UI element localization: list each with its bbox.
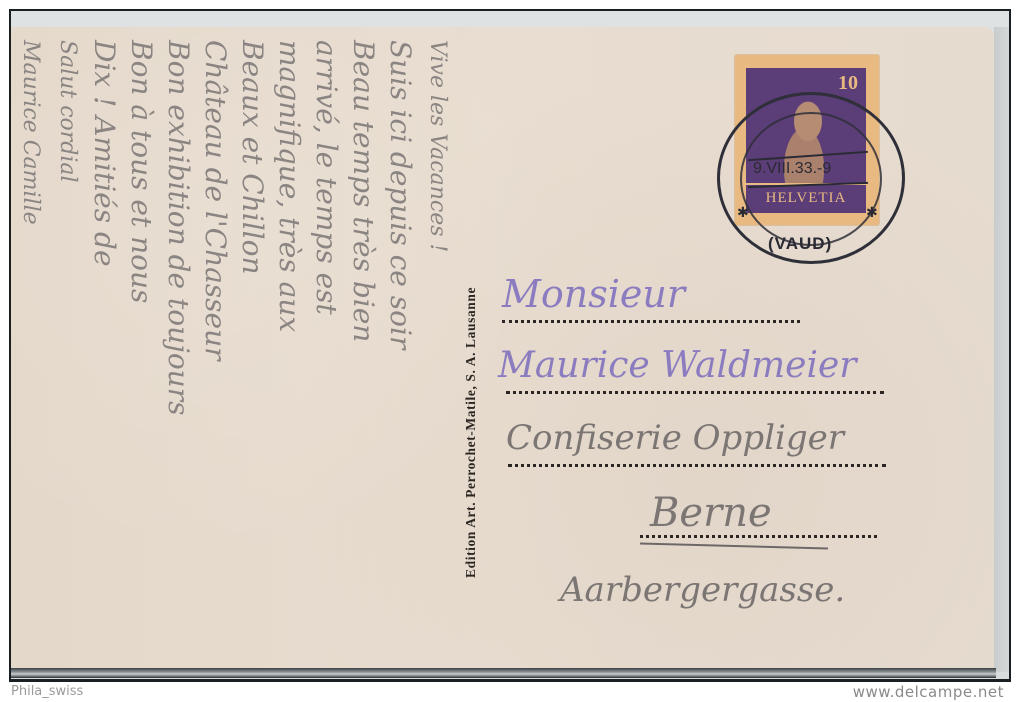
postmark-inner-ring — [740, 112, 882, 246]
message-line: Vive les Vacances ! — [418, 40, 455, 670]
postmark-star-icon: ✱ — [737, 204, 749, 221]
message-line: Dix ! Amitiés de — [85, 40, 122, 670]
message-line: Salut cordial — [48, 40, 85, 670]
message-line: arrivé, le temps est — [307, 40, 344, 670]
message-line: Château de l'Chasseur — [196, 40, 233, 670]
address-dotted-line — [502, 320, 800, 323]
address-line-3: Confiserie Oppliger — [506, 418, 844, 458]
message-line: Bon exhibition de toujours — [159, 40, 196, 670]
address-line-4: Berne — [650, 490, 772, 536]
message-line: Beaux et Chillon — [233, 40, 270, 670]
publisher-imprint: Edition Art. Perrochet-Matile, S. A. Lau… — [463, 148, 479, 578]
address-line-5: Aarbergergasse. — [560, 570, 845, 610]
message-line: magnifique, très aux — [270, 40, 307, 670]
seller-watermark: Phila_swiss — [11, 684, 83, 699]
address-line-1: Monsieur — [502, 272, 685, 316]
site-watermark: www.delcampe.net — [853, 683, 1004, 701]
postmark-region: (VAUD) — [768, 234, 832, 254]
scan-right-margin — [994, 27, 1009, 672]
address-dotted-line — [506, 391, 884, 394]
message-line: Maurice Camille — [11, 40, 48, 670]
handwritten-message: Vive les Vacances ! Suis ici depuis ce s… — [10, 40, 455, 670]
message-line: Suis ici depuis ce soir — [381, 40, 418, 670]
address-line-2: Maurice Waldmeier — [498, 345, 857, 386]
address-dotted-line — [508, 464, 886, 467]
message-line: Bon à tous et nous — [122, 40, 159, 670]
message-line: Beau temps très bien — [344, 40, 381, 670]
postmark-date: 9.VIII.33.-9 — [753, 160, 831, 178]
postmark-star-icon: ✱ — [866, 204, 878, 221]
stamp-value: 10 — [838, 72, 858, 95]
